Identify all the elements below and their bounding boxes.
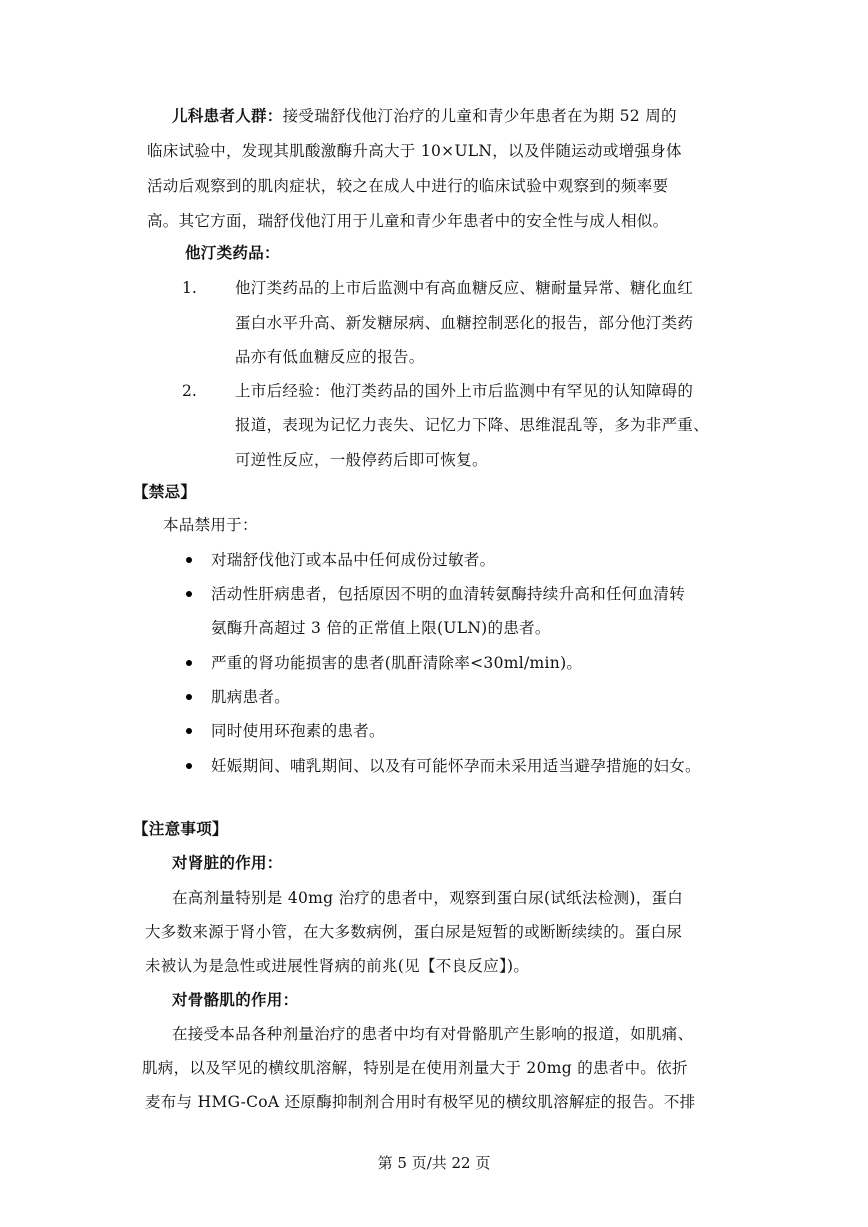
kidney-paragraph-line-2: 大多数来源于肾小管，在大多数病例，蛋白尿是短暂的或断断续续的。蛋白尿 [145, 922, 682, 942]
pediatric-paragraph-line-1: 儿科患者人群：接受瑞舒伐他汀治疗的儿童和青少年患者在为期 52 周的 [172, 106, 677, 126]
kidney-subheading: 对肾脏的作用： [172, 853, 283, 873]
bullet-icon [186, 660, 192, 666]
list-number: 2. [182, 381, 197, 401]
bullet-icon [186, 557, 192, 563]
page-number-footer: 第 5 页/共 22 页 [0, 1152, 868, 1173]
statins-item-2-line-1: 上市后经验：他汀类药品的国外上市后监测中有罕见的认知障碍的 [235, 381, 693, 401]
muscle-paragraph-line-1: 在接受本品各种剂量治疗的患者中均有对骨骼肌产生影响的报道，如肌痛、 [172, 1024, 693, 1044]
contraindication-item-5: 同时使用环孢素的患者。 [211, 721, 385, 741]
statins-item-2-line-3: 可逆性反应，一般停药后即可恢复。 [235, 450, 488, 470]
statins-item-1-line-2: 蛋白水平升高、新发糖尿病、血糖控制恶化的报告，部分他汀类药 [235, 313, 693, 333]
muscle-paragraph-line-2: 肌病，以及罕见的横纹肌溶解，特别是在使用剂量大于 20mg 的患者中。依折 [142, 1058, 688, 1078]
contraindication-item-4: 肌病患者。 [211, 687, 290, 707]
contraindication-item-6: 妊娠期间、哺乳期间、以及有可能怀孕而未采用适当避孕措施的妇女。 [211, 756, 701, 776]
statins-item-2-line-2: 报道，表现为记忆力丧失、记忆力下降、思维混乱等，多为非严重、 [235, 415, 709, 435]
document-page: 儿科患者人群：接受瑞舒伐他汀治疗的儿童和青少年患者在为期 52 周的 临床试验中… [0, 0, 868, 1227]
pediatric-paragraph-line-2: 临床试验中，发现其肌酸激酶升高大于 10×ULN，以及伴随运动或增强身体 [147, 141, 682, 161]
muscle-paragraph-line-3: 麦布与 HMG-CoA 还原酶抑制剂合用时有极罕见的横纹肌溶解症的报告。不排 [145, 1092, 695, 1112]
pediatric-text: 接受瑞舒伐他汀治疗的儿童和青少年患者在为期 52 周的 [283, 107, 677, 125]
bullet-icon [186, 763, 192, 769]
list-number: 1. [182, 278, 197, 298]
precautions-heading: 【注意事项】 [133, 819, 228, 839]
pediatric-paragraph-line-4: 高。其它方面，瑞舒伐他汀用于儿童和青少年患者中的安全性与成人相似。 [147, 211, 668, 231]
kidney-paragraph-line-1: 在高剂量特别是 40mg 治疗的患者中，观察到蛋白尿(试纸法检测)，蛋白 [172, 888, 683, 908]
contraindication-item-3: 严重的肾功能损害的患者(肌酐清除率<30ml/min)。 [211, 653, 582, 673]
statins-item-1-line-3: 品亦有低血糖反应的报告。 [235, 347, 425, 367]
pediatric-label: 儿科患者人群： [172, 106, 283, 125]
contraindication-item-2-line-1: 活动性肝病患者，包括原因不明的血清转氨酶持续升高和任何血清转 [211, 584, 685, 604]
statins-item-1-line-1: 他汀类药品的上市后监测中有高血糖反应、糖耐量异常、糖化血红 [235, 278, 693, 298]
bullet-icon [186, 728, 192, 734]
statins-heading: 他汀类药品： [185, 243, 280, 263]
pediatric-paragraph-line-3: 活动后观察到的肌肉症状，较之在成人中进行的临床试验中观察到的频率要 [147, 176, 668, 196]
contraindications-intro: 本品禁用于： [163, 515, 258, 535]
bullet-icon [186, 591, 192, 597]
contraindication-item-1: 对瑞舒伐他汀或本品中任何成份过敏者。 [211, 550, 495, 570]
contraindications-heading: 【禁忌】 [133, 482, 196, 502]
bullet-icon [186, 694, 192, 700]
muscle-subheading: 对骨骼肌的作用： [172, 990, 298, 1010]
contraindication-item-2-line-2: 氨酶升高超过 3 倍的正常值上限(ULN)的患者。 [211, 618, 551, 638]
kidney-paragraph-line-3: 未被认为是急性或进展性肾病的前兆(见【不良反应】)。 [145, 956, 529, 976]
